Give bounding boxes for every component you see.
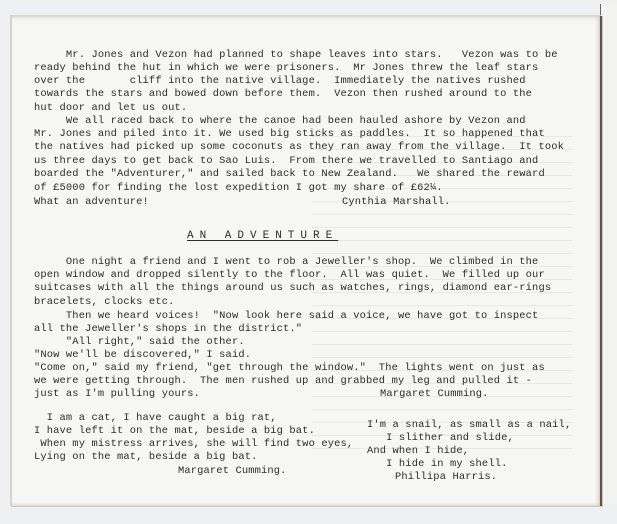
story1-line: hut door and let us out. bbox=[34, 102, 187, 116]
poem2-line: I slither and slide, bbox=[367, 432, 514, 446]
story1-author: Cynthia Marshall. bbox=[342, 196, 451, 210]
story2-line: "Now we'll be discovered," I said. bbox=[34, 349, 251, 363]
poem1-line: Lying on the mat, beside a big bat. bbox=[34, 451, 258, 465]
poem1-line: I have left it on the mat, beside a big … bbox=[34, 425, 315, 439]
poem1-line: When my mistress arrives, she will find … bbox=[34, 438, 353, 452]
poem2-author: Phillipa Harris. bbox=[395, 471, 497, 485]
story2-line: "Come on," said my friend, "get through … bbox=[34, 362, 545, 376]
story2-line: "All right," said the other. bbox=[34, 336, 245, 350]
story2-line: just as I'm pulling yours. bbox=[34, 388, 200, 402]
story2-line: bracelets, clocks etc. bbox=[34, 296, 174, 310]
poem2-line: I hide in my shell. bbox=[367, 458, 507, 472]
story2-line: suitcases with all the things around us … bbox=[34, 282, 551, 296]
story1-line: What an adventure! bbox=[34, 196, 149, 210]
poem2-line: I'm a snail, as small as a nail, bbox=[367, 419, 571, 433]
story2-line: Then we heard voices! "Now look here sai… bbox=[34, 310, 538, 324]
document-page: Mr. Jones and Vezon had planned to shape… bbox=[10, 15, 602, 506]
poem1-author: Margaret Cumming. bbox=[178, 465, 287, 479]
story1-line: We all raced back to where the canoe had… bbox=[34, 115, 526, 129]
story1-line: boarded the "Adventurer," and sailed bac… bbox=[34, 168, 545, 182]
story1-line: Mr. Jones and piled into it. We used big… bbox=[34, 128, 545, 142]
poem2-line: And when I hide, bbox=[367, 445, 469, 459]
story1-line: towards the stars and bowed down before … bbox=[34, 88, 532, 102]
story2-line: we were getting through. The men rushed … bbox=[34, 375, 532, 389]
story2-line: open window and dropped silently to the … bbox=[34, 269, 545, 283]
poem1-line: I am a cat, I have caught a big rat, bbox=[34, 412, 277, 426]
story1-line: Mr. Jones and Vezon had planned to shape… bbox=[34, 49, 558, 63]
story2-line: One night a friend and I went to rob a J… bbox=[34, 256, 538, 270]
story2-author: Margaret Cumming. bbox=[380, 388, 489, 402]
next-page-edge bbox=[600, 4, 617, 504]
story1-line: of £5000 for finding the lost expedition… bbox=[34, 182, 443, 196]
typed-text: Mr. Jones and Vezon had planned to shape… bbox=[12, 16, 602, 506]
story1-line: over the cliff into the native village. … bbox=[34, 75, 526, 89]
story2-title: AN ADVENTURE bbox=[187, 230, 338, 244]
story1-line: ready behind the hut in which we were pr… bbox=[34, 62, 538, 76]
story1-line: us three days to get back to Sao Luis. F… bbox=[34, 155, 538, 169]
story2-line: all the Jeweller's shops in the district… bbox=[34, 323, 302, 337]
story1-line: the natives had picked up some coconuts … bbox=[34, 141, 564, 155]
